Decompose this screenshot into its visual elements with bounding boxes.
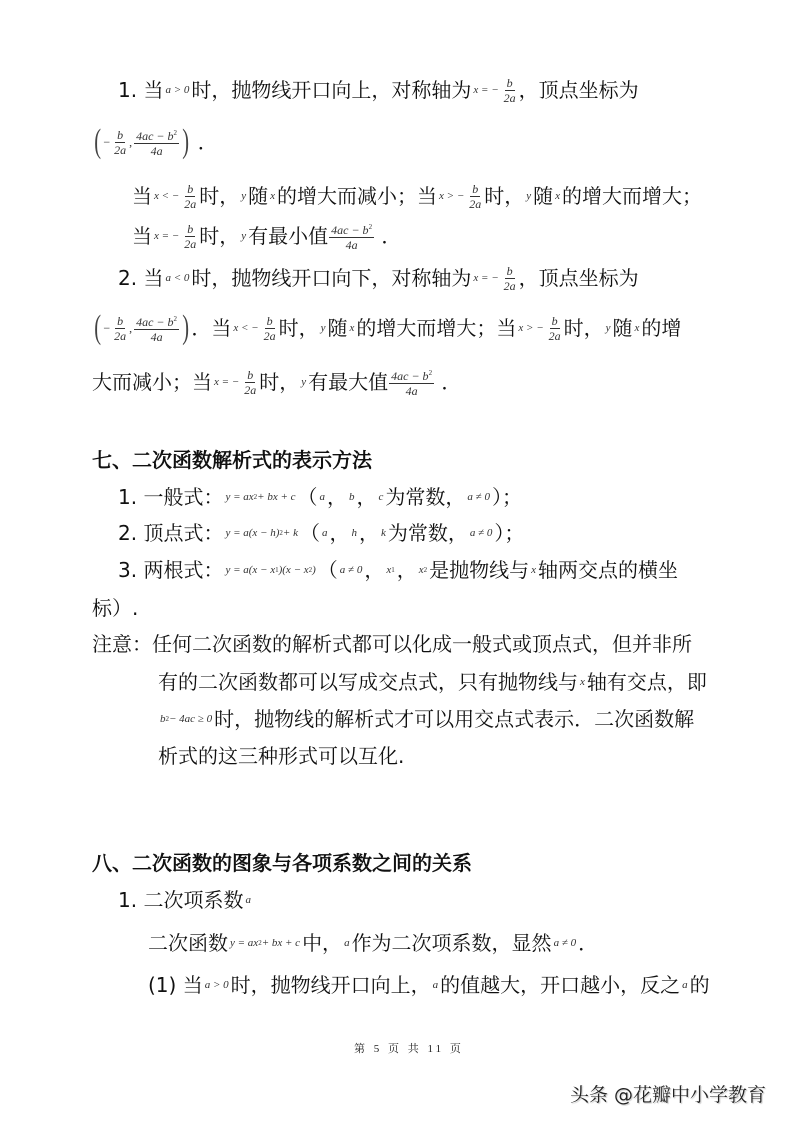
text: 当 [143,258,163,298]
text: ． [578,923,598,963]
text: 当 [132,216,152,256]
note-line-4: 析式的这三种形式可以互化. [158,736,404,776]
text: 中， [302,923,342,963]
note-line-1: 注意： 任何二次函数的解析式都可以化成一般式或顶点式，但并非所 [92,624,692,664]
item-2-line-2: ( − b2a , 4ac − b24a ) ．当 x < − b2a 时， y… [92,308,681,348]
math: a ≠ 0 [340,550,363,590]
fraction-b-2a: b2a [502,76,518,105]
fraction-b-2a: b2a [182,182,198,211]
text: ． [441,362,461,402]
math-x: x [555,176,560,216]
left-paren: ( [94,313,101,343]
item-1-line-3: 当 x < − b2a 时， y 随 x 的增大而减小；当 x > − b2a … [132,176,702,216]
text: 时， [484,176,524,216]
right-paren: ) [182,313,189,343]
item-number: 1. [118,70,137,110]
fraction-b-2a: b2a [502,264,518,293]
math: k [381,513,386,553]
text: ， [397,550,417,590]
math-a: a [433,965,439,1005]
math: a ≠ 0 [554,923,577,963]
math-x: x [350,308,355,348]
item-number: 1. [118,880,137,920]
math-axis: x = − [473,70,498,110]
fraction-min-value: 4ac − b24a [329,220,374,252]
item-2-line-3: 大而减小；当 x = − b2a 时， y 有最大值 4ac − b24a ． [92,362,461,402]
math-y: y [301,362,306,402]
fraction-b-2a: b2a [242,368,258,397]
text: ，顶点坐标为 [519,70,639,110]
math-condition: a < 0 [165,258,189,298]
math: x < − [233,308,258,348]
fraction-b-2a: b2a [112,128,128,157]
label: 一般式： [143,477,223,517]
item-number: 1. [118,477,137,517]
section-8-para-2: (1) 当 a > 0 时，抛物线开口向上， a 的值越大，开口越小，反之 a … [148,965,710,1005]
text: ， [359,513,379,553]
math: x = − [214,362,239,402]
left-paren: ( [94,127,101,157]
minus-sign: − [103,122,110,162]
text: 有的二次函数都可以写成交点式，只有抛物线与 [158,662,578,702]
item-1-line-1: 1. 当 a > 0 时，抛物线开口向上，对称轴为 x = − b2a ，顶点坐… [118,70,639,110]
math-y: y [241,176,246,216]
text: 随 [533,176,553,216]
text: 时， [259,362,299,402]
math: x > − [518,308,543,348]
fraction-vertex-y: 4ac − b24a [134,126,179,158]
text: ， [327,477,347,517]
text: 有最大值 [308,362,388,402]
label: 顶点式： [143,513,223,553]
note-label: 注意： [92,624,152,664]
comma: , [129,308,132,348]
watermark: 头条 @花瓣中小学教育 [570,1080,766,1107]
math: a [320,477,326,517]
text: 轴两交点的横坐 [538,550,678,590]
text: 时，抛物线的解析式才可以用交点式表示．二次函数解 [214,699,694,739]
math-x: x [270,176,275,216]
text: ， [329,513,349,553]
text: ）； [494,513,524,553]
text: 时， [564,308,604,348]
text: 作为二次项系数，显然 [352,923,552,963]
formula-general: y = ax2 + bx + c [225,477,295,517]
text: （ [318,550,338,590]
note-line-2: 有的二次函数都可以写成交点式，只有抛物线与 x 轴有交点，即 [158,662,707,702]
fraction-b-2a: b2a [467,182,483,211]
text: 的增 [641,308,681,348]
fraction-max-value: 4ac − b24a [389,366,434,398]
text: 当 [143,70,163,110]
math-a: a [682,965,688,1005]
text: ，顶点坐标为 [519,258,639,298]
text: 二次函数 [148,923,228,963]
text: 时， [199,176,239,216]
text: 时，抛物线开口向上，对称轴为 [191,70,471,110]
math-condition: a > 0 [165,70,189,110]
fraction-b-2a: b2a [547,314,563,343]
text: 时，抛物线开口向上， [231,965,431,1005]
text: 为常数， [385,477,465,517]
fraction-vertex-y: 4ac − b24a [134,312,179,344]
formula-general: y = ax2 + bx + c [230,923,300,963]
minus-sign: − [103,308,110,348]
item-number: 3. [118,550,137,590]
math-axis: x = − [473,258,498,298]
formula-vertex: y = a(x − h)2 + k [225,513,298,553]
item-number: 2. [118,513,137,553]
section-7-item-1: 1. 一般式： y = ax2 + bx + c （ a ， b ， c 为常数… [118,477,522,517]
math: c [379,477,384,517]
text: 轴有交点，即 [587,662,707,702]
math-y: y [526,176,531,216]
text: 为常数， [388,513,468,553]
text: 的增大而增大；当 [356,308,516,348]
math-discriminant: b2 − 4ac ≥ 0 [160,699,212,739]
text: 的增大而增大； [562,176,702,216]
text: 有最小值 [248,216,328,256]
section-7-item-2: 2. 顶点式： y = a(x − h)2 + k （ a ， h ， k 为常… [118,513,524,553]
section-8-item-1: 1. 二次项系数 a [118,880,253,920]
math: b [349,477,355,517]
text: ． [198,122,218,162]
math: x = − [154,216,179,256]
note-line-3: b2 − 4ac ≥ 0 时，抛物线的解析式才可以用交点式表示．二次函数解 [158,699,694,739]
math: a > 0 [205,965,229,1005]
fraction-b-2a: b2a [112,314,128,343]
math-x2: x2 [419,550,427,590]
text: 时， [199,216,239,256]
text: （ [300,513,320,553]
math-a: a [245,880,251,920]
section-8-para-1: 二次函数 y = ax2 + bx + c 中， a 作为二次项系数，显然 a … [148,923,598,963]
math-y: y [241,216,246,256]
math-y: y [606,308,611,348]
section-7-item-3-cont: 标）. [92,588,138,628]
section-7-heading: 七、二次函数解析式的表示方法 [92,440,372,480]
text: 是抛物线与 [429,550,529,590]
section-8-heading: 八、二次函数的图象与各项系数之间的关系 [92,843,472,883]
text: 时，抛物线开口向下，对称轴为 [191,258,471,298]
math-x1: x1 [386,550,394,590]
text: （ [298,477,318,517]
section-7-item-3: 3. 两根式： y = a(x − x1)(x − x2) （ a ≠ 0 ， … [118,550,678,590]
math-x: x [580,662,585,702]
text: ）； [492,477,522,517]
text: 的值越大，开口越小，反之 [440,965,680,1005]
fraction-b-2a: b2a [262,314,278,343]
item-number: (1) [148,965,176,1005]
text: 大而减小；当 [92,362,212,402]
text: 随 [613,308,633,348]
math-x: x [531,550,536,590]
text: 的 [690,965,710,1005]
text: 时， [279,308,319,348]
text: 的增大而减小；当 [277,176,437,216]
comma: , [129,122,132,162]
text: ．当 [191,308,231,348]
math: x < − [154,176,179,216]
math-x: x [635,308,640,348]
math-y: y [321,308,326,348]
item-1-line-4: 当 x = − b2a 时， y 有最小值 4ac − b24a ． [132,216,401,256]
formula-two-roots: y = a(x − x1)(x − x2) [225,550,315,590]
text: 当 [132,176,152,216]
vertex-coordinate-1: ( − b2a , 4ac − b24a ) ． [92,122,218,162]
text: 任何二次函数的解析式都可以化成一般式或顶点式，但并非所 [152,624,692,664]
text: ． [381,216,401,256]
text: 随 [328,308,348,348]
math: h [351,513,357,553]
math: a [322,513,328,553]
math: a ≠ 0 [470,513,493,553]
text: ， [357,477,377,517]
math-a: a [344,923,350,963]
math: x > − [439,176,464,216]
right-paren: ) [182,127,189,157]
math: a ≠ 0 [467,477,490,517]
label: 二次项系数 [143,880,243,920]
label: 两根式： [143,550,223,590]
item-2-line-1: 2. 当 a < 0 时，抛物线开口向下，对称轴为 x = − b2a ，顶点坐… [118,258,639,298]
fraction-b-2a: b2a [182,222,198,251]
text: 当 [183,965,203,1005]
text: ， [364,550,384,590]
text: 随 [248,176,268,216]
page-number: 第 5 页 共 11 页 [354,1040,464,1056]
item-number: 2. [118,258,137,298]
